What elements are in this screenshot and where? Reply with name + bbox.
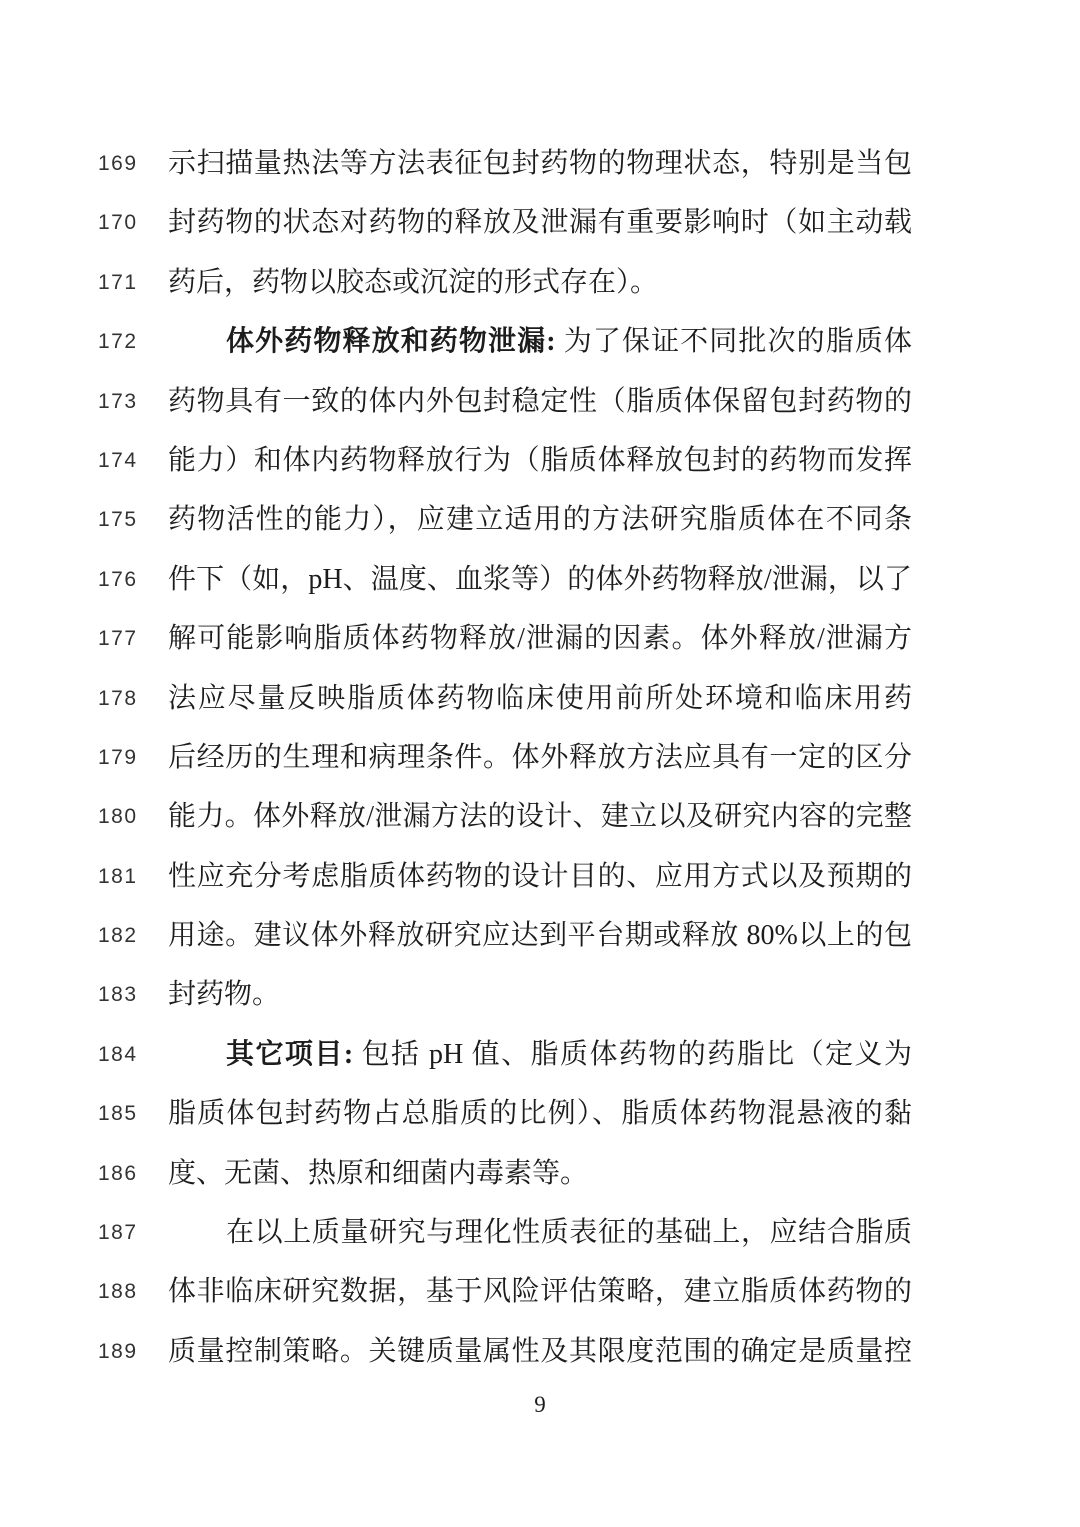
- line-bold-heading: 体外药物释放和药物泄漏:: [226, 326, 556, 357]
- line-number: 171: [98, 253, 148, 312]
- line-text: 后经历的生理和病理条件。体外释放方法应具有一定的区分: [168, 728, 912, 787]
- line-text: 能力）和体内药物释放行为（脂质体释放包封的药物而发挥: [168, 431, 912, 490]
- text-line: 171 药后，药物以胶态或沉淀的形式存在）。: [0, 253, 1080, 312]
- line-text: 解可能影响脂质体药物释放/泄漏的因素。体外释放/泄漏方: [168, 609, 912, 668]
- line-rest-text: 体非临床研究数据，基于风险评估策略，建立脂质体药物的: [168, 1276, 912, 1307]
- line-rest-text: 性应充分考虑脂质体药物的设计目的、应用方式以及预期的: [168, 861, 912, 892]
- line-rest-text: 能力。体外释放/泄漏方法的设计、建立以及研究内容的完整: [168, 801, 912, 832]
- line-text: 度、无菌、热原和细菌内毒素等。: [168, 1144, 912, 1203]
- line-number: 182: [98, 906, 148, 965]
- text-line: 182 用途。建议体外释放研究应达到平台期或释放 80%以上的包: [0, 906, 1080, 965]
- line-text: 能力。体外释放/泄漏方法的设计、建立以及研究内容的完整: [168, 787, 912, 846]
- line-text: 其它项目: 包括 pH 值、脂质体药物的药脂比（定义为: [168, 1025, 912, 1084]
- line-text: 体非临床研究数据，基于风险评估策略，建立脂质体药物的: [168, 1262, 912, 1321]
- line-text: 封药物的状态对药物的释放及泄漏有重要影响时（如主动载: [168, 193, 912, 252]
- text-line: 183 封药物。: [0, 965, 1080, 1024]
- line-number: 189: [98, 1322, 148, 1381]
- line-number: 183: [98, 965, 148, 1024]
- text-line: 173 药物具有一致的体内外包封稳定性（脂质体保留包封药物的: [0, 372, 1080, 431]
- text-line: 180 能力。体外释放/泄漏方法的设计、建立以及研究内容的完整: [0, 787, 1080, 846]
- line-rest-text: 药后，药物以胶态或沉淀的形式存在）。: [168, 267, 658, 298]
- line-rest-text: 能力）和体内药物释放行为（脂质体释放包封的药物而发挥: [168, 445, 912, 476]
- text-line: 181 性应充分考虑脂质体药物的设计目的、应用方式以及预期的: [0, 847, 1080, 906]
- text-line: 175 药物活性的能力），应建立适用的方法研究脂质体在不同条: [0, 490, 1080, 549]
- line-number: 179: [98, 728, 148, 787]
- line-number: 174: [98, 431, 148, 490]
- line-text: 脂质体包封药物占总脂质的比例）、脂质体药物混悬液的黏: [168, 1084, 912, 1143]
- line-rest-text: 封药物的状态对药物的释放及泄漏有重要影响时（如主动载: [168, 207, 912, 238]
- line-rest-text: 药物活性的能力），应建立适用的方法研究脂质体在不同条: [168, 504, 912, 535]
- text-line: 172 体外药物释放和药物泄漏: 为了保证不同批次的脂质体: [0, 312, 1080, 371]
- line-rest-text: 为了保证不同批次的脂质体: [556, 326, 912, 357]
- text-line: 188 体非临床研究数据，基于风险评估策略，建立脂质体药物的: [0, 1262, 1080, 1321]
- text-line: 189 质量控制策略。关键质量属性及其限度范围的确定是质量控: [0, 1322, 1080, 1381]
- line-number: 172: [98, 312, 148, 371]
- line-rest-text: 解可能影响脂质体药物释放/泄漏的因素。体外释放/泄漏方: [168, 623, 912, 654]
- line-number: 173: [98, 372, 148, 431]
- text-line: 176 件下（如，pH、温度、血浆等）的体外药物释放/泄漏，以了: [0, 550, 1080, 609]
- line-rest-text: 质量控制策略。关键质量属性及其限度范围的确定是质量控: [168, 1336, 912, 1367]
- text-line: 169 示扫描量热法等方法表征包封药物的物理状态，特别是当包: [0, 134, 1080, 193]
- text-line: 177 解可能影响脂质体药物释放/泄漏的因素。体外释放/泄漏方: [0, 609, 1080, 668]
- line-text: 药物具有一致的体内外包封稳定性（脂质体保留包封药物的: [168, 372, 912, 431]
- line-rest-text: 度、无菌、热原和细菌内毒素等。: [168, 1158, 588, 1189]
- line-number: 169: [98, 134, 148, 193]
- line-number: 175: [98, 490, 148, 549]
- line-number: 176: [98, 550, 148, 609]
- line-text: 在以上质量研究与理化性质表征的基础上，应结合脂质: [168, 1203, 912, 1262]
- line-rest-text: 药物具有一致的体内外包封稳定性（脂质体保留包封药物的: [168, 386, 912, 417]
- line-number: 181: [98, 847, 148, 906]
- line-number: 178: [98, 669, 148, 728]
- line-number: 177: [98, 609, 148, 668]
- line-number: 185: [98, 1084, 148, 1143]
- line-number: 187: [98, 1203, 148, 1262]
- line-text: 体外药物释放和药物泄漏: 为了保证不同批次的脂质体: [168, 312, 912, 371]
- text-line: 184 其它项目: 包括 pH 值、脂质体药物的药脂比（定义为: [0, 1025, 1080, 1084]
- line-text: 质量控制策略。关键质量属性及其限度范围的确定是质量控: [168, 1322, 912, 1381]
- text-line: 170 封药物的状态对药物的释放及泄漏有重要影响时（如主动载: [0, 193, 1080, 252]
- line-text: 药物活性的能力），应建立适用的方法研究脂质体在不同条: [168, 490, 912, 549]
- line-rest-text: 封药物。: [168, 979, 280, 1010]
- text-line: 187 在以上质量研究与理化性质表征的基础上，应结合脂质: [0, 1203, 1080, 1262]
- text-line: 185 脂质体包封药物占总脂质的比例）、脂质体药物混悬液的黏: [0, 1084, 1080, 1143]
- text-body: 169 示扫描量热法等方法表征包封药物的物理状态，特别是当包 170 封药物的状…: [0, 134, 1080, 1381]
- line-bold-heading: 其它项目:: [226, 1039, 353, 1070]
- line-number: 180: [98, 787, 148, 846]
- line-number: 188: [98, 1262, 148, 1321]
- line-text: 法应尽量反映脂质体药物临床使用前所处环境和临床用药: [168, 669, 912, 728]
- line-rest-text: 用途。建议体外释放研究应达到平台期或释放 80%以上的包: [168, 920, 912, 951]
- line-rest-text: 件下（如，pH、温度、血浆等）的体外药物释放/泄漏，以了: [168, 564, 912, 595]
- line-rest-text: 在以上质量研究与理化性质表征的基础上，应结合脂质: [226, 1217, 912, 1248]
- line-rest-text: 包括 pH 值、脂质体药物的药脂比（定义为: [353, 1039, 912, 1070]
- line-rest-text: 法应尽量反映脂质体药物临床使用前所处环境和临床用药: [168, 683, 912, 714]
- document-page: 169 示扫描量热法等方法表征包封药物的物理状态，特别是当包 170 封药物的状…: [0, 0, 1080, 1527]
- line-rest-text: 后经历的生理和病理条件。体外释放方法应具有一定的区分: [168, 742, 912, 773]
- line-number: 184: [98, 1025, 148, 1084]
- line-number: 186: [98, 1144, 148, 1203]
- line-text: 性应充分考虑脂质体药物的设计目的、应用方式以及预期的: [168, 847, 912, 906]
- line-text: 封药物。: [168, 965, 912, 1024]
- text-line: 179 后经历的生理和病理条件。体外释放方法应具有一定的区分: [0, 728, 1080, 787]
- text-line: 178 法应尽量反映脂质体药物临床使用前所处环境和临床用药: [0, 669, 1080, 728]
- line-text: 示扫描量热法等方法表征包封药物的物理状态，特别是当包: [168, 134, 912, 193]
- line-text: 药后，药物以胶态或沉淀的形式存在）。: [168, 253, 912, 312]
- page-number: 9: [0, 1385, 1080, 1425]
- text-line: 186 度、无菌、热原和细菌内毒素等。: [0, 1144, 1080, 1203]
- line-text: 件下（如，pH、温度、血浆等）的体外药物释放/泄漏，以了: [168, 550, 912, 609]
- line-text: 用途。建议体外释放研究应达到平台期或释放 80%以上的包: [168, 906, 912, 965]
- line-rest-text: 脂质体包封药物占总脂质的比例）、脂质体药物混悬液的黏: [168, 1098, 912, 1129]
- line-number: 170: [98, 193, 148, 252]
- line-rest-text: 示扫描量热法等方法表征包封药物的物理状态，特别是当包: [168, 148, 912, 179]
- text-line: 174 能力）和体内药物释放行为（脂质体释放包封的药物而发挥: [0, 431, 1080, 490]
